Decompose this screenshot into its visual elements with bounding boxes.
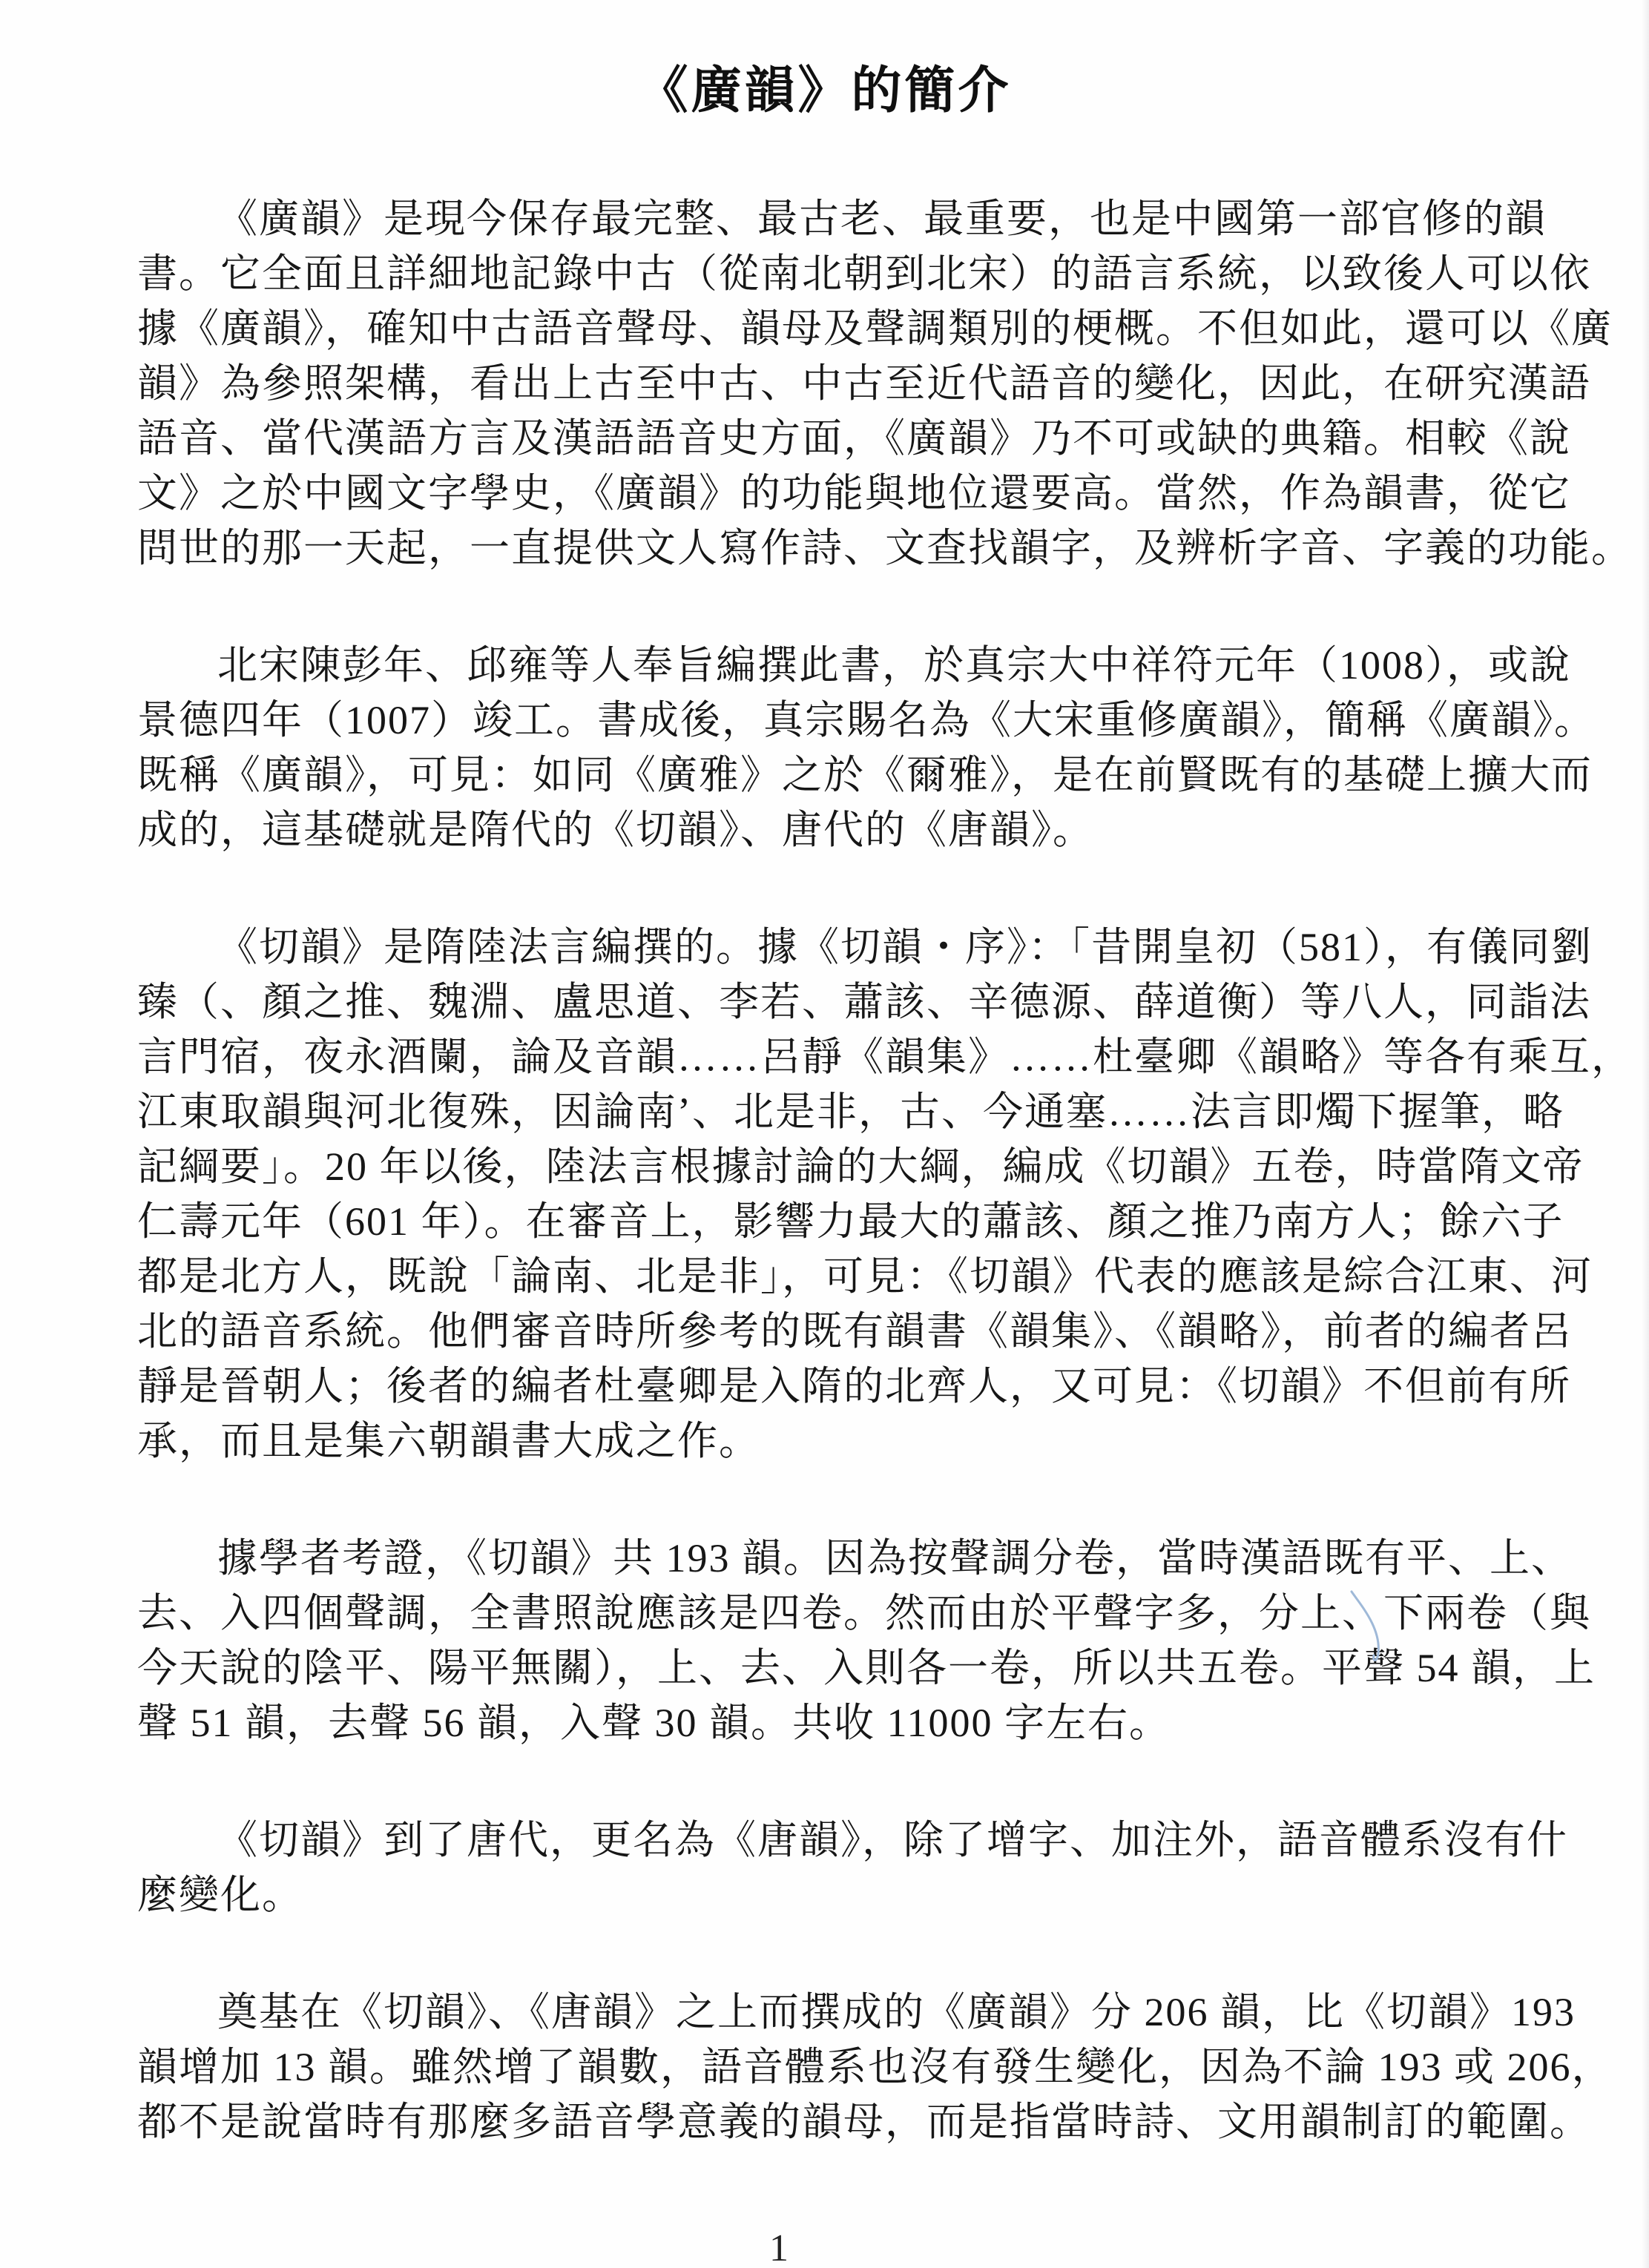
text-line: 問世的那一天起，一直提供文人寫作詩、文查找韻字，及辨析字音、字義的功能。 [137, 521, 1524, 576]
document-body: 《廣韻》是現今保存最完整、最古老、最重要，也是中國第一部官修的韻書。它全面且詳細… [137, 191, 1524, 2149]
text-line: 《廣韻》是現今保存最完整、最古老、最重要，也是中國第一部官修的韻 [137, 191, 1524, 246]
page-number: 1 [0, 2226, 1558, 2268]
paragraph: 奠基在《切韻》、《唐韻》之上而撰成的《廣韻》分 206 韻，比《切韻》193韻增… [137, 1985, 1524, 2149]
page-title: 《廣韻》的簡介 [0, 50, 1649, 122]
text-line: 聲 51 韻，去聲 56 韻，入聲 30 韻。共收 11000 字左右。 [137, 1695, 1524, 1750]
text-line: 麼變化。 [137, 1868, 1524, 1922]
text-line: 仁壽元年（601 年）。在審音上，影響力最大的蕭該、顏之推乃南方人；餘六子 [137, 1194, 1524, 1249]
paragraph: 據學者考證，《切韻》共 193 韻。因為按聲調分卷，當時漢語既有平、上、去、入四… [137, 1531, 1524, 1750]
text-line: 靜是晉朝人；後者的編者杜臺卿是入隋的北齊人，又可見：《切韻》不但前有所 [137, 1359, 1524, 1414]
text-line: 奠基在《切韻》、《唐韻》之上而撰成的《廣韻》分 206 韻，比《切韻》193 [137, 1985, 1524, 2040]
text-line: 既稱《廣韻》，可見：如同《廣雅》之於《爾雅》，是在前賢既有的基礎上擴大而 [137, 748, 1524, 802]
paragraph: 《切韻》是隋陸法言編撰的。據《切韻・序》：「昔開皇初（581），有儀同劉臻（、顏… [137, 920, 1524, 1468]
text-line: 文》之於中國文字學史，《廣韻》的功能與地位還要高。當然，作為韻書，從它 [137, 466, 1524, 521]
text-line: 北的語音系統。他們審音時所參考的既有韻書《韻集》、《韻略》，前者的編者呂 [137, 1304, 1524, 1359]
text-line: 承，而且是集六朝韻書大成之作。 [137, 1414, 1524, 1468]
text-line: 景德四年（1007）竣工。書成後，真宗賜名為《大宋重修廣韻》，簡稱《廣韻》。 [137, 693, 1524, 748]
text-line: 韻增加 13 韻。雖然增了韻數，語音體系也沒有發生變化，因為不論 193 或 2… [137, 2040, 1524, 2094]
text-line: 語音、當代漢語方言及漢語語音史方面，《廣韻》乃不可或缺的典籍。相較《說 [137, 411, 1524, 466]
text-line: 今天說的陰平、陽平無關），上、去、入則各一卷，所以共五卷。平聲 54 韻，上 [137, 1641, 1524, 1695]
text-line: 書。它全面且詳細地記錄中古（從南北朝到北宋）的語言系統，以致後人可以依 [137, 246, 1524, 301]
text-line: 言門宿，夜永酒闌，論及音韻……呂靜《韻集》……杜臺卿《韻略》等各有乘互， [137, 1029, 1524, 1084]
scanned-document-page: 《廣韻》的簡介 《廣韻》是現今保存最完整、最古老、最重要，也是中國第一部官修的韻… [0, 0, 1649, 2268]
text-line: 韻》為參照架構，看出上古至中古、中古至近代語音的變化，因此，在研究漢語 [137, 356, 1524, 411]
text-line: 江東取韻與河北復殊，因論南’、北是非，古、今通塞……法言即燭下握筆，略 [137, 1084, 1524, 1139]
text-line: 據學者考證，《切韻》共 193 韻。因為按聲調分卷，當時漢語既有平、上、 [137, 1531, 1524, 1586]
text-line: 臻（、顏之推、魏淵、盧思道、李若、蕭該、辛德源、薛道衡）等八人，同詣法 [137, 975, 1524, 1029]
paragraph: 《切韻》到了唐代，更名為《唐韻》，除了增字、加注外，語音體系沒有什麼變化。 [137, 1813, 1524, 1922]
text-line: 《切韻》到了唐代，更名為《唐韻》，除了增字、加注外，語音體系沒有什 [137, 1813, 1524, 1868]
paragraph: 《廣韻》是現今保存最完整、最古老、最重要，也是中國第一部官修的韻書。它全面且詳細… [137, 191, 1524, 576]
text-line: 都是北方人，既說「論南、北是非」，可見：《切韻》代表的應該是綜合江東、河 [137, 1249, 1524, 1304]
scan-edge-shadow [1642, 0, 1649, 2268]
text-line: 記綱要」。20 年以後，陸法言根據討論的大綱，編成《切韻》五卷，時當隋文帝 [137, 1139, 1524, 1194]
paragraph: 北宋陳彭年、邱雍等人奉旨編撰此書，於真宗大中祥符元年（1008），或說景德四年（… [137, 638, 1524, 857]
text-line: 北宋陳彭年、邱雍等人奉旨編撰此書，於真宗大中祥符元年（1008），或說 [137, 638, 1524, 693]
text-line: 據《廣韻》，確知中古語音聲母、韻母及聲調類別的梗概。不但如此，還可以《廣 [137, 301, 1524, 356]
text-line: 都不是說當時有那麼多語音學意義的韻母，而是指當時詩、文用韻制訂的範圍。 [137, 2094, 1524, 2149]
text-line: 成的，這基礎就是隋代的《切韻》、唐代的《唐韻》。 [137, 802, 1524, 857]
text-line: 《切韻》是隋陸法言編撰的。據《切韻・序》：「昔開皇初（581），有儀同劉 [137, 920, 1524, 975]
text-line: 去、入四個聲調，全書照說應該是四卷。然而由於平聲字多，分上、下兩卷（與 [137, 1586, 1524, 1641]
